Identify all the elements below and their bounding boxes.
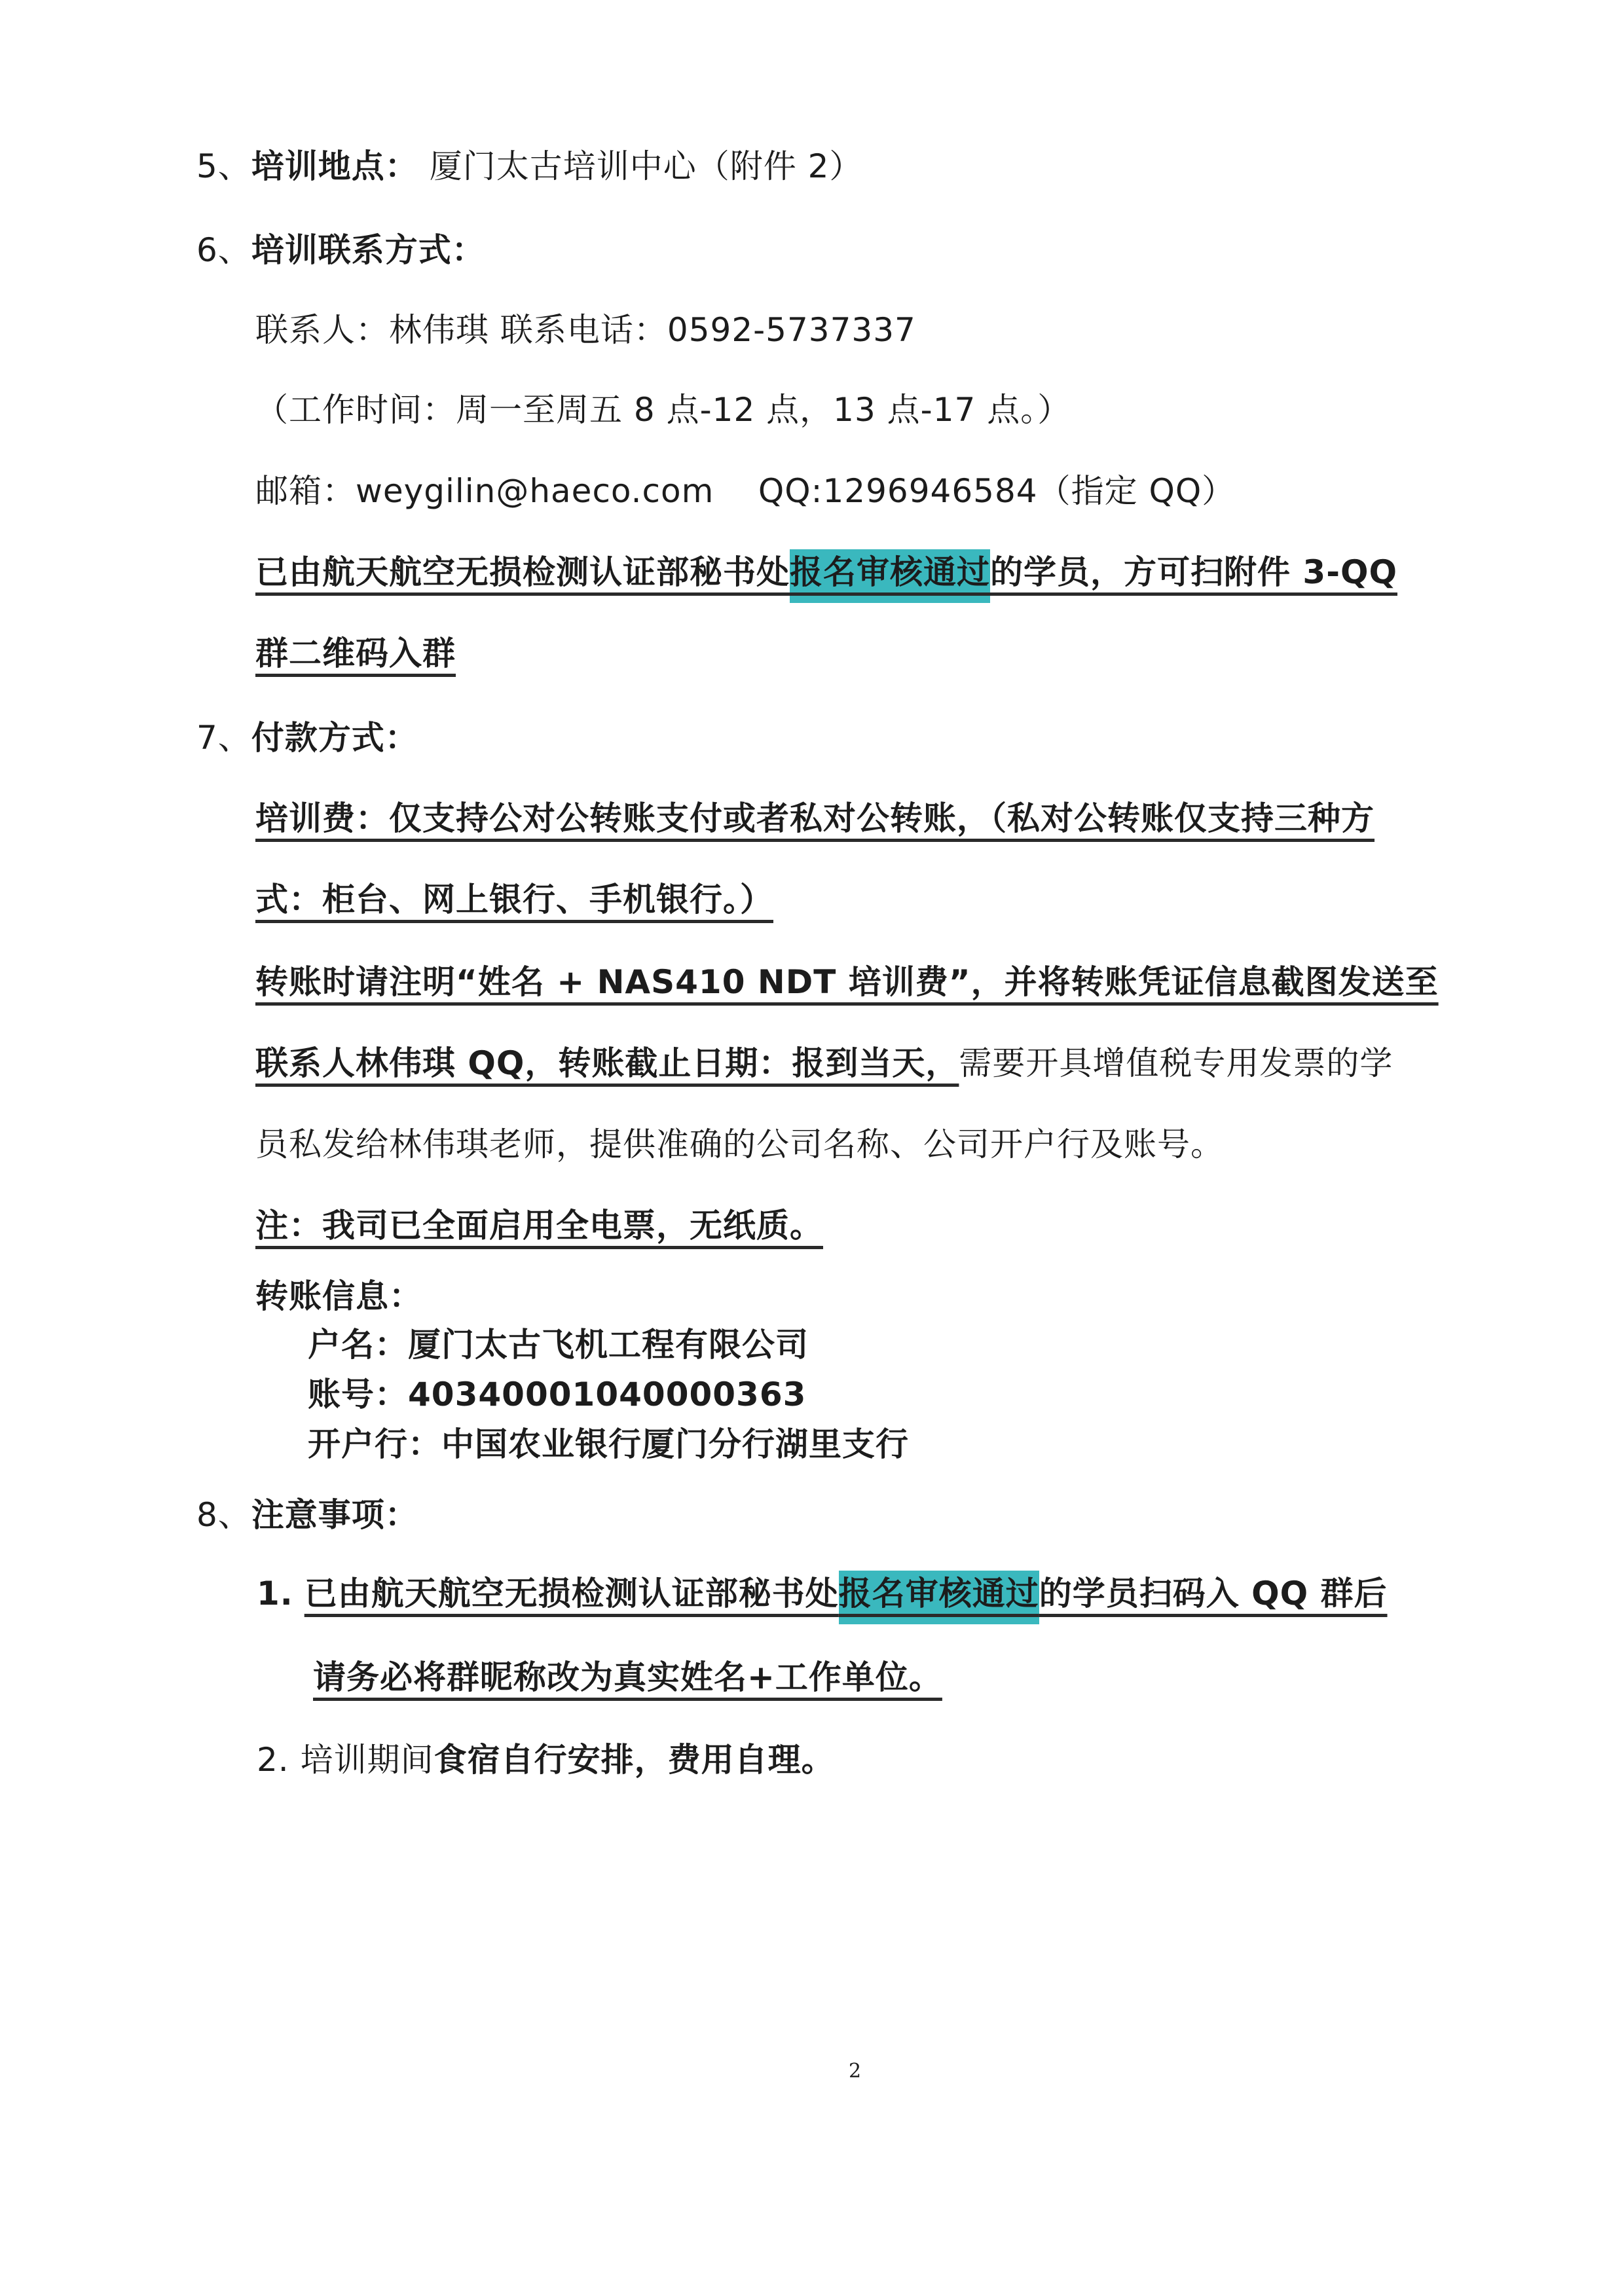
section-number: 7、 [196, 719, 251, 757]
transfer-note-line1: 转账时请注明“姓名 + NAS410 NDT 培训费”，并将转账凭证信息截图发送… [255, 961, 1439, 1003]
fee-policy-line2: 式：柜台、网上银行、手机银行。） [255, 879, 773, 920]
section-label: 培训联系方式： [251, 231, 485, 269]
section-number: 6、 [196, 231, 251, 269]
item-text-b: 的学员扫码入 QQ 群后 [1039, 1575, 1388, 1613]
bank-branch: 开户行：中国农业银行厦门分行湖里支行 [308, 1423, 909, 1465]
contact-line: 联系人：林伟琪 联系电话：0592-5737337 [255, 309, 916, 351]
section-number: 5、 [196, 147, 251, 185]
transfer-note-line2: 联系人林伟琪 QQ，转账截止日期：报到当天，需要开具增值税专用发票的学 [255, 1042, 1393, 1084]
section-5: 5、培训地点： 厦门太古培训中心（附件 2） [196, 145, 862, 187]
notice-text: 已由航天航空无损检测认证部秘书处 [255, 553, 790, 591]
item-text: 已由航天航空无损检测认证部秘书处报名审核通过的学员扫码入 QQ 群后 [304, 1571, 1388, 1624]
section-label: 付款方式： [251, 719, 418, 757]
qq-number: QQ:1296946584（指定 QQ） [758, 472, 1235, 510]
highlight-approved: 报名审核通过 [790, 549, 990, 603]
invoice-note: 需要开具增值税专用发票的学 [959, 1044, 1393, 1082]
item-text-b: 食宿自行安排，费用自理。 [434, 1741, 835, 1779]
working-hours: （工作时间：周一至周五 8 点-12 点，13 点-17 点。） [255, 389, 1071, 431]
item-number: 2. [257, 1741, 289, 1779]
page-number: 2 [849, 2060, 861, 2083]
highlight-approved: 报名审核通过 [839, 1571, 1039, 1624]
section-6: 6、培训联系方式： [196, 229, 485, 271]
notice-item-1-cont: 请务必将群昵称改为真实姓名+工作单位。 [313, 1656, 942, 1698]
transfer-deadline: 联系人林伟琪 QQ，转账截止日期：报到当天， [255, 1044, 959, 1082]
item-text-a: 培训期间 [301, 1741, 434, 1779]
email-label: 邮箱： [255, 472, 356, 510]
training-location: 厦门太古培训中心（附件 2） [430, 147, 863, 185]
transfer-note-line3: 员私发给林伟琪老师，提供准确的公司名称、公司开户行及账号。 [255, 1123, 1224, 1165]
section-7: 7、付款方式： [196, 717, 418, 759]
section-label: 注意事项： [251, 1496, 418, 1534]
account-number-label: 账号： [308, 1376, 408, 1413]
section-number: 8、 [196, 1496, 251, 1534]
qq-group-notice-cont: 群二维码入群 [255, 632, 456, 674]
e-invoice-note: 注：我司已全面启用全电票，无纸质。 [255, 1205, 823, 1247]
section-label: 培训地点： [251, 147, 418, 185]
notice-text: 的学员，方可扫附件 3-QQ [990, 553, 1397, 591]
email-qq-line: 邮箱：weygilin@haeco.com QQ:1296946584（指定 Q… [255, 470, 1235, 512]
account-number: 40340001040000363 [408, 1376, 806, 1413]
fee-policy-line1: 培训费：仅支持公对公转账支付或者私对公转账，（私对公转账仅支持三种方 [255, 797, 1375, 839]
section-8: 8、注意事项： [196, 1494, 418, 1536]
item-text-a: 已由航天航空无损检测认证部秘书处 [304, 1575, 839, 1613]
email-link[interactable]: weygilin@haeco.com [356, 472, 714, 510]
notice-item-2: 2. 培训期间食宿自行安排，费用自理。 [257, 1739, 835, 1781]
notice-item-1: 1. 已由航天航空无损检测认证部秘书处报名审核通过的学员扫码入 QQ 群后 [257, 1573, 1388, 1614]
item-number: 1. [257, 1575, 293, 1613]
bank-info-title: 转账信息： [255, 1275, 422, 1317]
account-name: 户名：厦门太古飞机工程有限公司 [308, 1324, 809, 1366]
account-number-line: 账号：40340001040000363 [308, 1374, 806, 1415]
qq-group-notice: 已由航天航空无损检测认证部秘书处报名审核通过的学员，方可扫附件 3-QQ [255, 551, 1397, 593]
